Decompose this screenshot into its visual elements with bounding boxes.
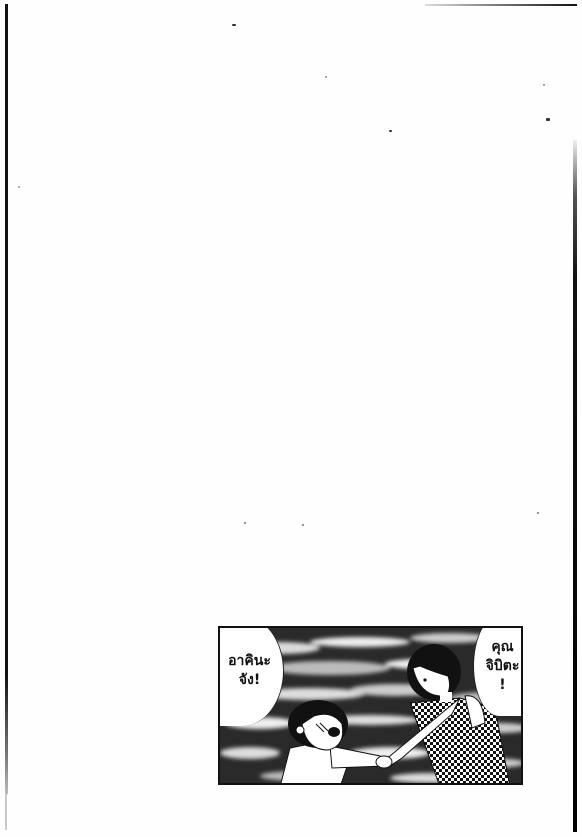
manga-page: อาคินะ จัง! คุณ จิบิตะ ! [0,0,582,837]
page-border-top [425,4,577,6]
page-border-right [573,140,577,832]
scan-speck [244,522,246,524]
page-border-left-fade [5,794,7,830]
scan-speck [18,186,20,188]
speech-line: คุณ [491,638,513,657]
speech-line: จิบิตะ [486,657,520,676]
speech-line: อาคินะ [228,652,271,671]
speech-bubble-girl: คุณ จิบิตะ ! [473,626,523,716]
scan-speck [543,84,545,86]
scan-speck [537,512,539,514]
scan-speck [389,130,392,132]
scan-speck [232,24,236,26]
comic-panel: อาคินะ จัง! คุณ จิบิตะ ! [218,626,523,785]
scan-speck [546,118,550,121]
page-border-left [5,4,8,794]
scan-speck [302,524,304,526]
speech-line: ! [499,676,505,695]
clasped-hands [376,756,392,768]
scan-speck [325,76,327,78]
speech-line: จัง! [239,671,260,690]
